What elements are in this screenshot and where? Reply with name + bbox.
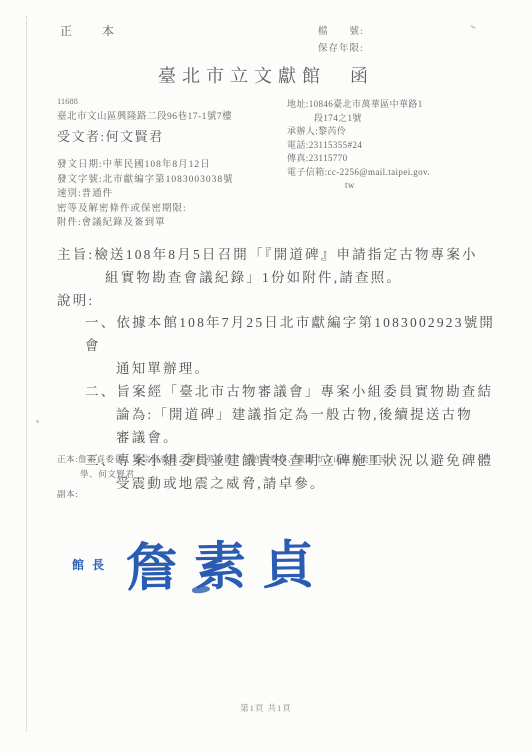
delivery-speed: 速別:普通件	[57, 187, 234, 202]
subject-text-2: 組實物勘查會議紀錄」1份如附件,請查照。	[57, 266, 497, 289]
sender-phone: 電話:23115355#24	[287, 139, 430, 153]
subject-paragraph: 主旨:檢送108年8月5日召開「『開道碑』申請指定古物專案小 組實物勘查會議紀錄…	[57, 243, 497, 289]
attachment-note: 附件:會議紀錄及簽到單	[57, 216, 234, 231]
copy-recipients-label: 副本:	[57, 487, 487, 502]
explanation-item-1-line-1: 一、依據本館108年7月25日北市獻編字第1083002923號開會	[85, 311, 497, 357]
scanned-letter-page: 正 本 檔 號: 保存年限: 臺北市立文獻館 函 11688 臺北市文山區興隆路…	[0, 0, 532, 753]
item-1-number: 一、	[85, 315, 116, 330]
document-title: 臺北市立文獻館 函	[0, 62, 532, 88]
subject-text-1: 檢送108年8月5日召開「『開道碑』申請指定古物專案小	[94, 247, 477, 262]
sender-fax: 傳真:23115770	[287, 152, 430, 166]
original-recipients-line-1: 正本:詹素貞委員、周宗賢委員、廖杜英委員、何培夫委員、臺北市文山區景美國民小	[57, 452, 487, 467]
explanation-item-2-line-1: 二、旨案經「臺北市古物審議會」專案小組委員實物勘查結	[85, 380, 497, 403]
item-1-text-1: 依據本館108年7月25日北市獻編字第1083002923號開會	[85, 315, 495, 353]
subject-line-1: 主旨:檢送108年8月5日召開「『開道碑』申請指定古物專案小	[57, 243, 497, 266]
sender-email-line1: 電子信箱:cc-2256@mail.taipei.gov.	[287, 166, 430, 180]
page-number: 第1頁 共1頁	[0, 702, 532, 714]
explanation-item-2: 二、旨案經「臺北市古物審議會」專案小組委員實物勘查結 論為:「開道碑」建議指定為…	[85, 380, 497, 449]
recipient-address: 臺北市文山區興隆路二段96巷17-1號7樓	[57, 108, 232, 122]
explanation-label: 說明:	[57, 289, 94, 312]
sender-address-line2: 段174之1號	[287, 112, 430, 126]
binding-margin-line	[26, 16, 27, 732]
file-number-block: 檔 號: 保存年限:	[318, 24, 364, 58]
copy-type-label: 正 本	[60, 22, 123, 39]
recipient-postal-code: 11688	[57, 96, 232, 106]
distribution-block: 正本:詹素貞委員、周宗賢委員、廖杜英委員、何培夫委員、臺北市文山區景美國民小 學…	[57, 452, 487, 502]
original-recipients-line-2: 學、何文賢君	[57, 467, 487, 482]
scan-speck	[470, 25, 476, 30]
document-meta-block: 發文日期:中華民國108年8月12日 發文字號:北市獻編字第1083003038…	[57, 158, 234, 231]
scan-speck	[36, 420, 39, 423]
item-1-text-2: 通知單辦理。	[85, 357, 497, 380]
retention-period-label: 保存年限:	[318, 41, 364, 58]
director-title-stamp: 館長	[72, 556, 112, 573]
sender-contact-person: 承辦人:黎芮伶	[287, 125, 430, 139]
item-2-number: 二、	[85, 384, 116, 399]
recipient-block: 11688 臺北市文山區興隆路二段96巷17-1號7樓 受文者:何文賢君	[57, 96, 232, 145]
item-2-text-3: 審議會。	[85, 426, 497, 449]
subject-label: 主旨:	[57, 247, 94, 262]
sender-address-line1: 地址:10846臺北市萬華區中華路1	[287, 98, 430, 112]
sender-email-line2: tw	[287, 179, 430, 193]
file-number-label: 檔 號:	[318, 24, 364, 41]
recipient-name: 受文者:何文賢君	[57, 126, 232, 145]
issue-date: 發文日期:中華民國108年8月12日	[57, 158, 234, 173]
issue-number: 發文字號:北市獻編字第1083003038號	[57, 173, 234, 188]
director-name-stamp: 詹素貞	[125, 522, 330, 601]
item-2-text-1: 旨案經「臺北市古物審議會」專案小組委員實物勘查結	[116, 384, 493, 399]
sender-contact-block: 地址:10846臺北市萬華區中華路1 段174之1號 承辦人:黎芮伶 電話:23…	[287, 98, 430, 193]
item-2-text-2: 論為:「開道碑」建議指定為一般古物,後續提送古物	[85, 403, 497, 426]
explanation-item-1: 一、依據本館108年7月25日北市獻編字第1083002923號開會 通知單辦理…	[85, 311, 497, 380]
security-classification: 密等及解密條件或保密期限:	[57, 202, 234, 217]
